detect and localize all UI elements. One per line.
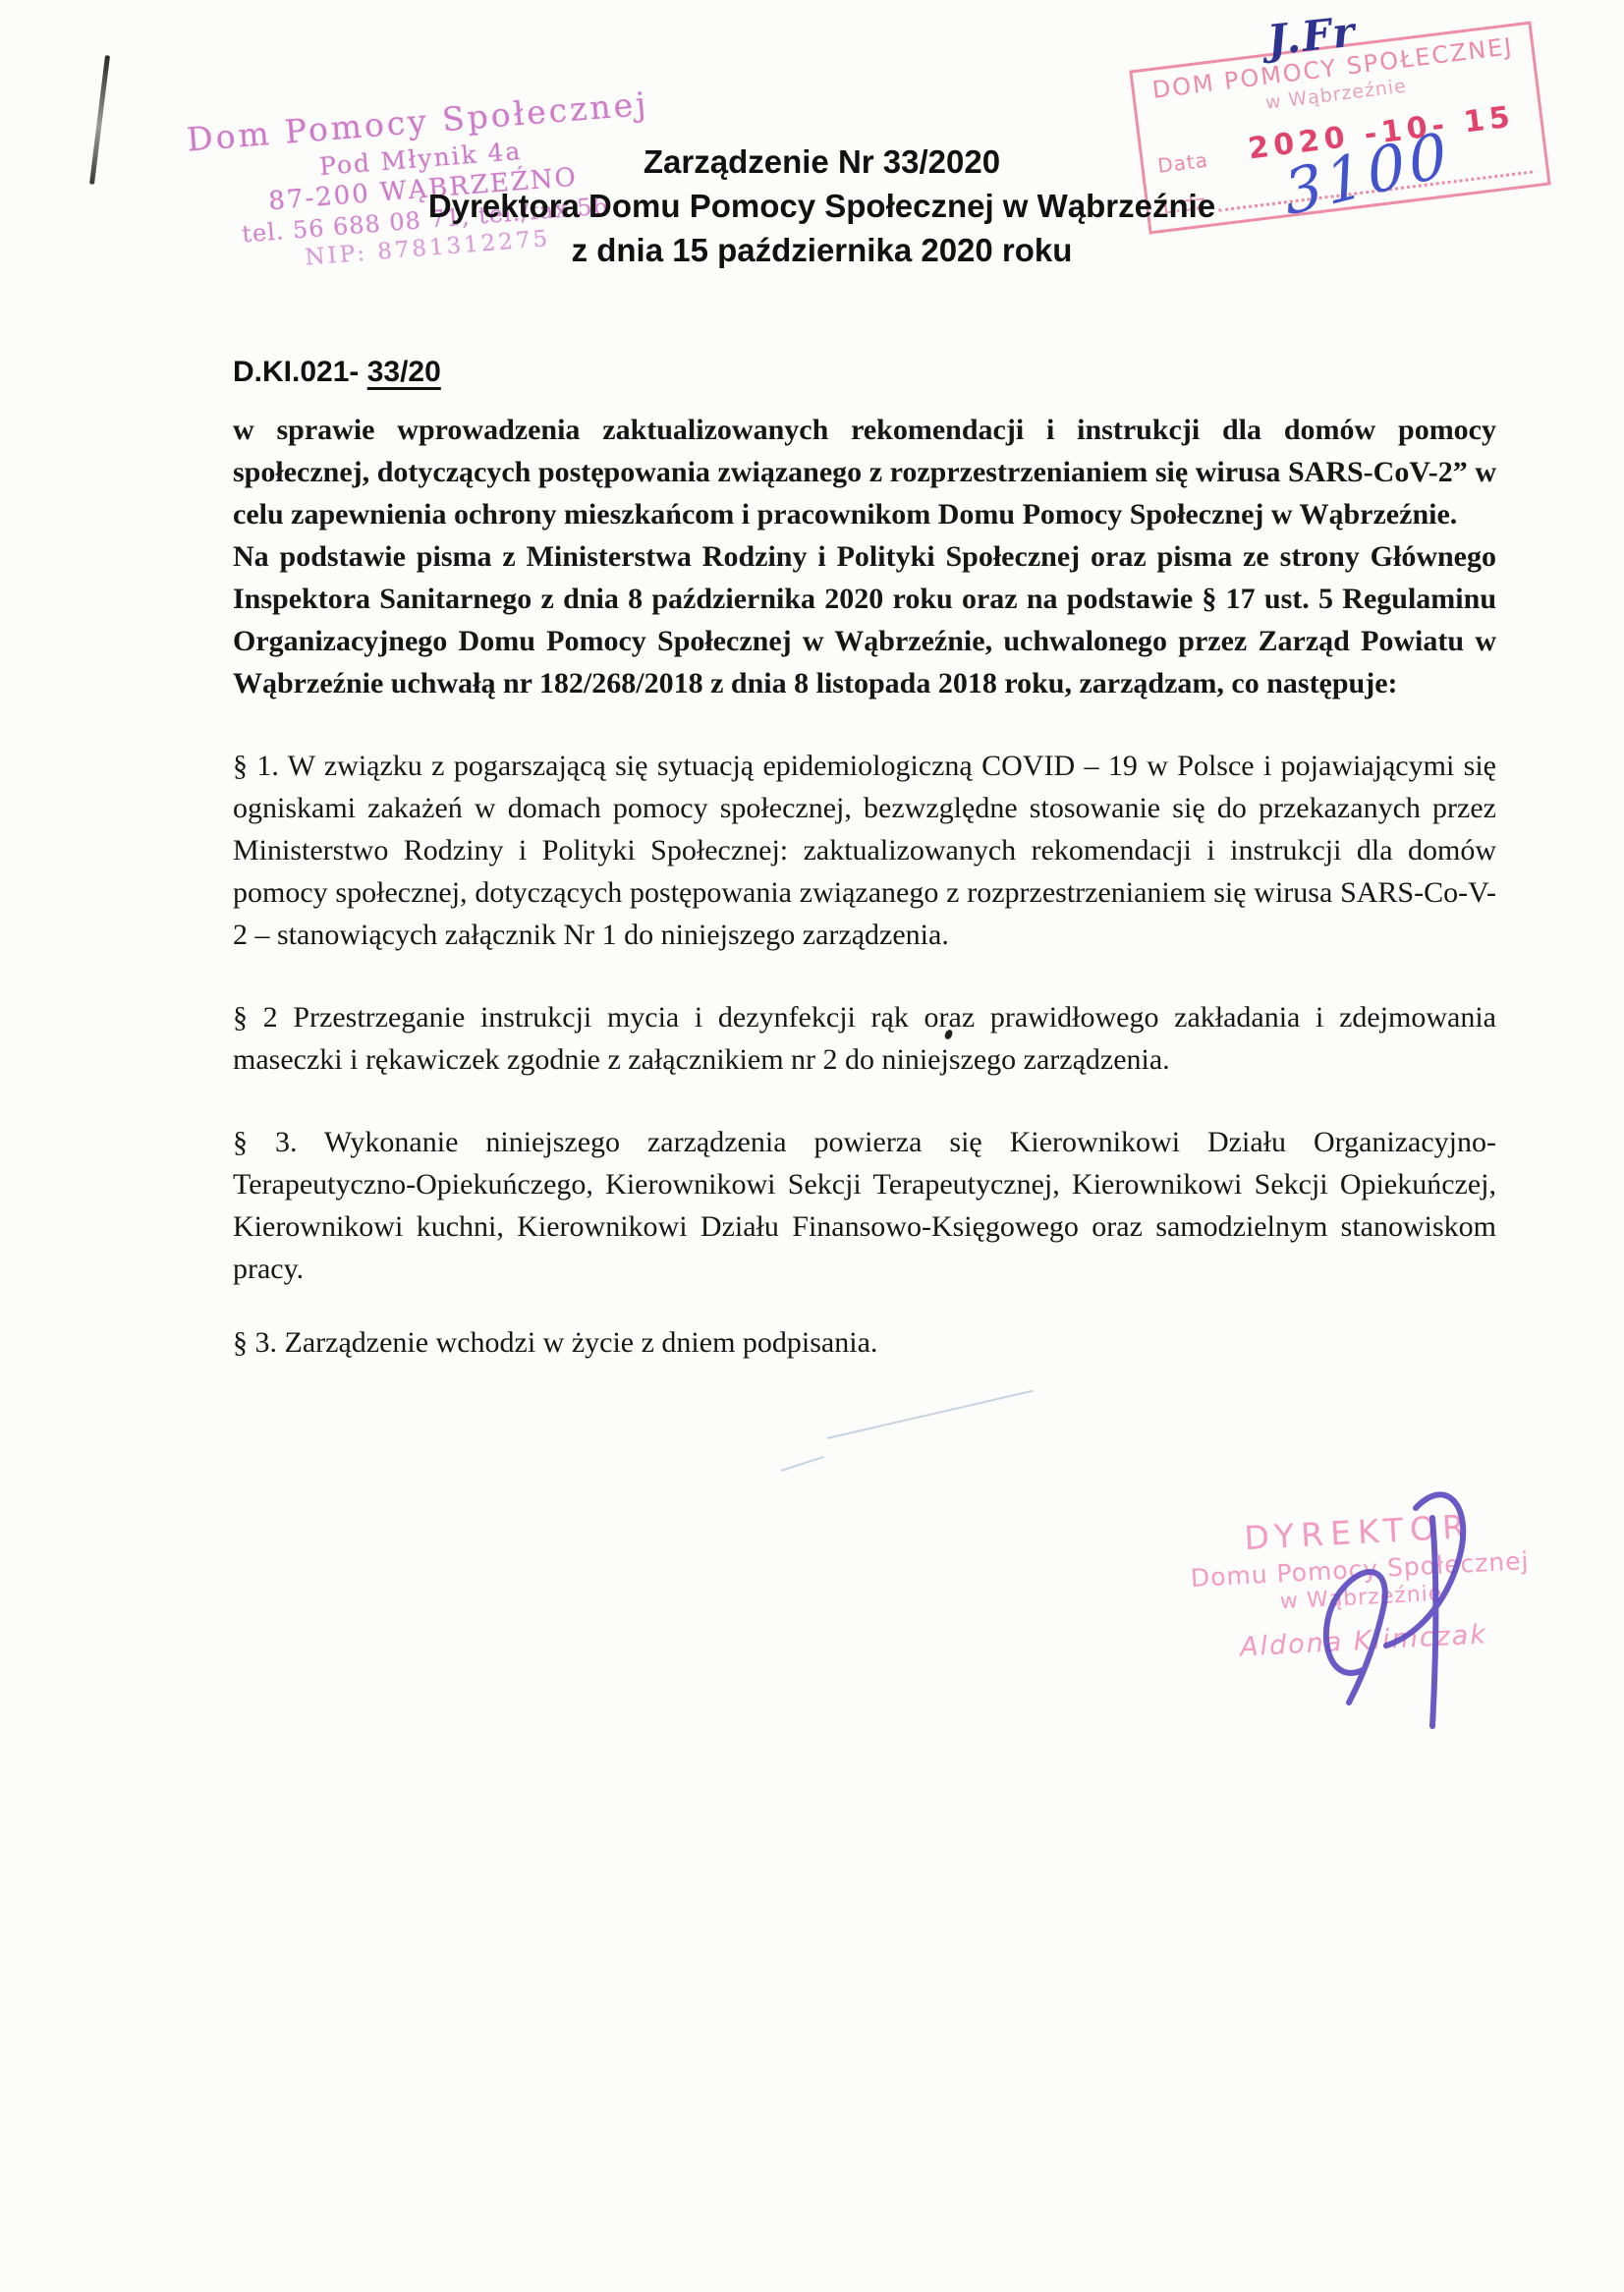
document-body: w sprawie wprowadzenia zaktualizowanych … <box>233 409 1496 1364</box>
paragraph-section-3: § 3. Wykonanie niniejszego zarządzenia p… <box>233 1121 1496 1290</box>
reference-number-line: D.KI.021- 33/20 <box>233 356 441 389</box>
paragraph-section-2: § 2 Przestrzeganie instrukcji mycia i de… <box>233 996 1496 1081</box>
paragraph-section-1: § 1. W związku z pogarszającą się sytuac… <box>233 745 1496 956</box>
title-line-3: z dnia 15 października 2020 roku <box>10 228 1624 272</box>
document-title: Zarządzenie Nr 33/2020 Dyrektora Domu Po… <box>10 140 1624 272</box>
signature-ink <box>1272 1469 1518 1734</box>
title-line-2: Dyrektora Domu Pomocy Społecznej w Wąbrz… <box>10 184 1624 228</box>
paragraph-section-3b: § 3. Zarządzenie wchodzi w życie z dniem… <box>233 1321 1496 1364</box>
handwritten-initials: J.Fr <box>1265 7 1359 64</box>
paragraph-subject: w sprawie wprowadzenia zaktualizowanych … <box>233 409 1496 535</box>
reference-prefix: D.KI.021- <box>233 356 367 388</box>
pencil-stroke-short <box>781 1456 824 1472</box>
title-line-1: Zarządzenie Nr 33/2020 <box>10 140 1624 184</box>
scanned-document-page: { "document": { "title_line1": "Zarządze… <box>0 0 1624 2292</box>
paragraph-legal-basis: Na podstawie pisma z Ministerstwa Rodzin… <box>233 535 1496 704</box>
pencil-stroke-long <box>827 1390 1034 1439</box>
reference-number: 33/20 <box>367 356 441 388</box>
